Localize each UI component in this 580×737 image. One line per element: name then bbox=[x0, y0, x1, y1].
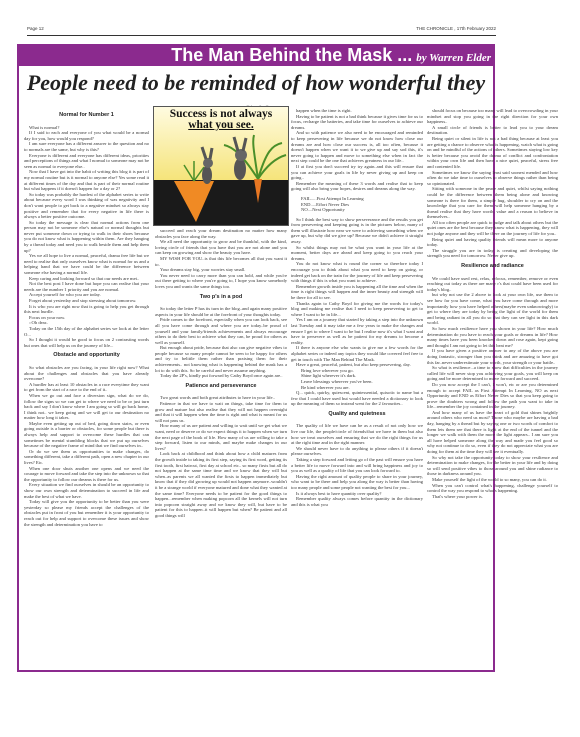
paragraph: Being quiet and having quality friends w… bbox=[427, 237, 558, 248]
paragraph: So today was probably the hardest of the… bbox=[24, 192, 149, 220]
paragraph: When we go out and face a diversion sign… bbox=[24, 393, 149, 421]
paragraph: If you have given a positive answer to a… bbox=[427, 348, 558, 365]
paragraph: All too often people are quick to judge … bbox=[427, 220, 558, 237]
paragraph: So I thought it would be good to focus o… bbox=[24, 337, 149, 348]
paragraph: Maybe even getting up out of bed, going … bbox=[24, 421, 149, 449]
paragraph: Look back at childhood and think about h… bbox=[155, 451, 287, 518]
paragraph: Having the right amount of quality peopl… bbox=[291, 474, 423, 491]
paragraph: If I said to each and everyone of you wh… bbox=[24, 130, 149, 141]
paragraph: So how much resilience have you shown in… bbox=[427, 326, 558, 348]
paragraph: The struggle you are in today is creatin… bbox=[427, 248, 558, 259]
paragraph: Today on the 15th day of the alphabet se… bbox=[24, 326, 149, 337]
paragraph: succeed and reach your dream destination… bbox=[155, 228, 287, 239]
section-heading: Patience and perseverance bbox=[155, 384, 287, 390]
paragraph: Pride comes to the forefront, especially… bbox=[155, 317, 287, 345]
paragraph: So today the letter P has its turn in th… bbox=[155, 306, 287, 317]
paragraph: Remember the meaning of these 3 words an… bbox=[291, 181, 423, 192]
paragraph: Having to be patient is not a bad think … bbox=[291, 114, 423, 131]
banner-title-text: The Man Behind the Mask ... bbox=[171, 45, 412, 65]
paragraph: Taking a step forward and letting go of … bbox=[291, 457, 423, 474]
paragraph: A small circle of friends is better to l… bbox=[427, 125, 558, 136]
paragraph: So today the message is clear that norma… bbox=[24, 220, 149, 254]
paragraph: And so with patience we also need to be … bbox=[291, 130, 423, 164]
paragraph: The quality of life we have can be as a … bbox=[291, 423, 423, 445]
paragraph: You do not know what is round the corner… bbox=[291, 261, 423, 283]
banner-title: The Man Behind the Mask ...by Warren Eld… bbox=[171, 45, 491, 66]
paragraph: Do you now accept the I can't, I won't, … bbox=[427, 382, 558, 410]
cartoon-image: Success is not alwayswhat you see. bbox=[153, 106, 289, 226]
paragraph: Yes we all hope to live a normal, peacef… bbox=[24, 253, 149, 275]
paragraph: If there is anyone else who wants to giv… bbox=[291, 345, 423, 362]
paragraph: Today will give you the opportunity to b… bbox=[24, 499, 149, 527]
paragraph: We all need the opportunity to grow and … bbox=[155, 239, 287, 256]
article-column-1: Normal for Number 1 What is normal? If I… bbox=[24, 108, 149, 527]
paragraph: Have a great, peaceful, patient, but als… bbox=[291, 362, 423, 368]
paragraph: Remember growth inside you is happening … bbox=[291, 284, 423, 301]
section-heading: Quality and quietness bbox=[291, 412, 423, 418]
section-heading: Two p's in a pod bbox=[155, 295, 287, 301]
paragraph: Make yourself the light of the world to … bbox=[427, 477, 558, 483]
paragraph: If at first you don't succeed try try ag… bbox=[291, 164, 423, 181]
paragraph: should focus on because too many will le… bbox=[427, 108, 558, 125]
article-column-4: should focus on because too many will le… bbox=[427, 108, 558, 499]
paragraph: We could have used rest, relax, refocus,… bbox=[427, 276, 558, 293]
paragraph: So whilst things may not be what you wan… bbox=[291, 245, 423, 262]
page-number: Page 12 bbox=[27, 26, 44, 31]
paragraph: When one door shuts another one opens an… bbox=[24, 466, 149, 483]
paragraph: I am sure everyone has a different answe… bbox=[24, 141, 149, 152]
section-heading: Normal for Number 1 bbox=[24, 113, 149, 119]
paragraph: And how many of us have the heart of gol… bbox=[427, 410, 558, 455]
paragraph: Forget about yesterday and stop stressin… bbox=[24, 298, 149, 304]
section-heading: Resilience and radiance bbox=[427, 264, 558, 270]
paragraph: MY WISH FOR YOU..is that this life becom… bbox=[155, 256, 287, 267]
paragraph: Thanks again to Cathy Boyd for giving me… bbox=[291, 301, 423, 318]
paragraph: Q... quick, quirky, quiescent, quintesse… bbox=[291, 390, 423, 407]
paragraph: Everyone is different and everyone has d… bbox=[24, 153, 149, 170]
column-banner: The Man Behind the Mask ...by Warren Eld… bbox=[17, 44, 495, 66]
paragraph: Sometimes we know the saying least said … bbox=[427, 170, 558, 187]
paragraph: Patience in that we have to wait on thin… bbox=[155, 401, 287, 423]
article-column-3: happen when the time is right. Having to… bbox=[291, 108, 423, 507]
paragraph: Today the 2P's, kindly put forward by Ca… bbox=[155, 373, 287, 379]
paragraph: Remember quality always comes before qua… bbox=[291, 496, 423, 507]
paragraph: Not the best post I have done but hope y… bbox=[24, 281, 149, 292]
paragraph: That's where your power is. bbox=[427, 494, 558, 500]
publication-date: THE CHRONICLE , 17th February 2022 bbox=[416, 26, 496, 31]
paragraph: A hurdler has at least 10 obstacles in a… bbox=[24, 382, 149, 393]
page-header: Page 12 THE CHRONICLE , 17th February 20… bbox=[27, 25, 496, 36]
paragraph: But enough about pride, because that als… bbox=[155, 345, 287, 373]
paragraph: How many of us are patient and willing t… bbox=[155, 423, 287, 451]
paragraph: Yes I am on a journey that started by ta… bbox=[291, 317, 423, 345]
carrot-rabbits-illustration bbox=[154, 107, 288, 225]
paragraph: but why not use the 2 above to look at y… bbox=[427, 292, 558, 326]
paragraph: Or do we see them as opportunities to ma… bbox=[24, 449, 149, 466]
paragraph: So why not take the opportunity today to… bbox=[427, 455, 558, 477]
paragraph: So what obstacles are you facing, in you… bbox=[24, 365, 149, 382]
paragraph: It is who you are right now that is goin… bbox=[24, 304, 149, 315]
section-heading: Obstacle and opportunity bbox=[24, 353, 149, 359]
article-column-2: succeed and reach your dream destination… bbox=[155, 228, 287, 519]
paragraph: So I think the best way to show persever… bbox=[291, 217, 423, 245]
paragraph: We should never have to do anything to p… bbox=[291, 446, 423, 457]
paragraph: So what is resilience...a time to show t… bbox=[427, 365, 558, 382]
paragraph: Being quiet or silent in life is not a b… bbox=[427, 136, 558, 170]
paragraph: Sitting with someone in the peace and qu… bbox=[427, 186, 558, 220]
paragraph: Now that I have got into the habit of wr… bbox=[24, 169, 149, 191]
paragraph: When you can't control what's happening,… bbox=[427, 483, 558, 494]
acronym-item: NO....Next Opportunity bbox=[291, 207, 423, 213]
byline: by Warren Elder bbox=[416, 52, 491, 64]
paragraph: Every situation we find ourselves in sho… bbox=[24, 482, 149, 499]
paragraph: You never need to carry more than you ca… bbox=[155, 273, 287, 290]
